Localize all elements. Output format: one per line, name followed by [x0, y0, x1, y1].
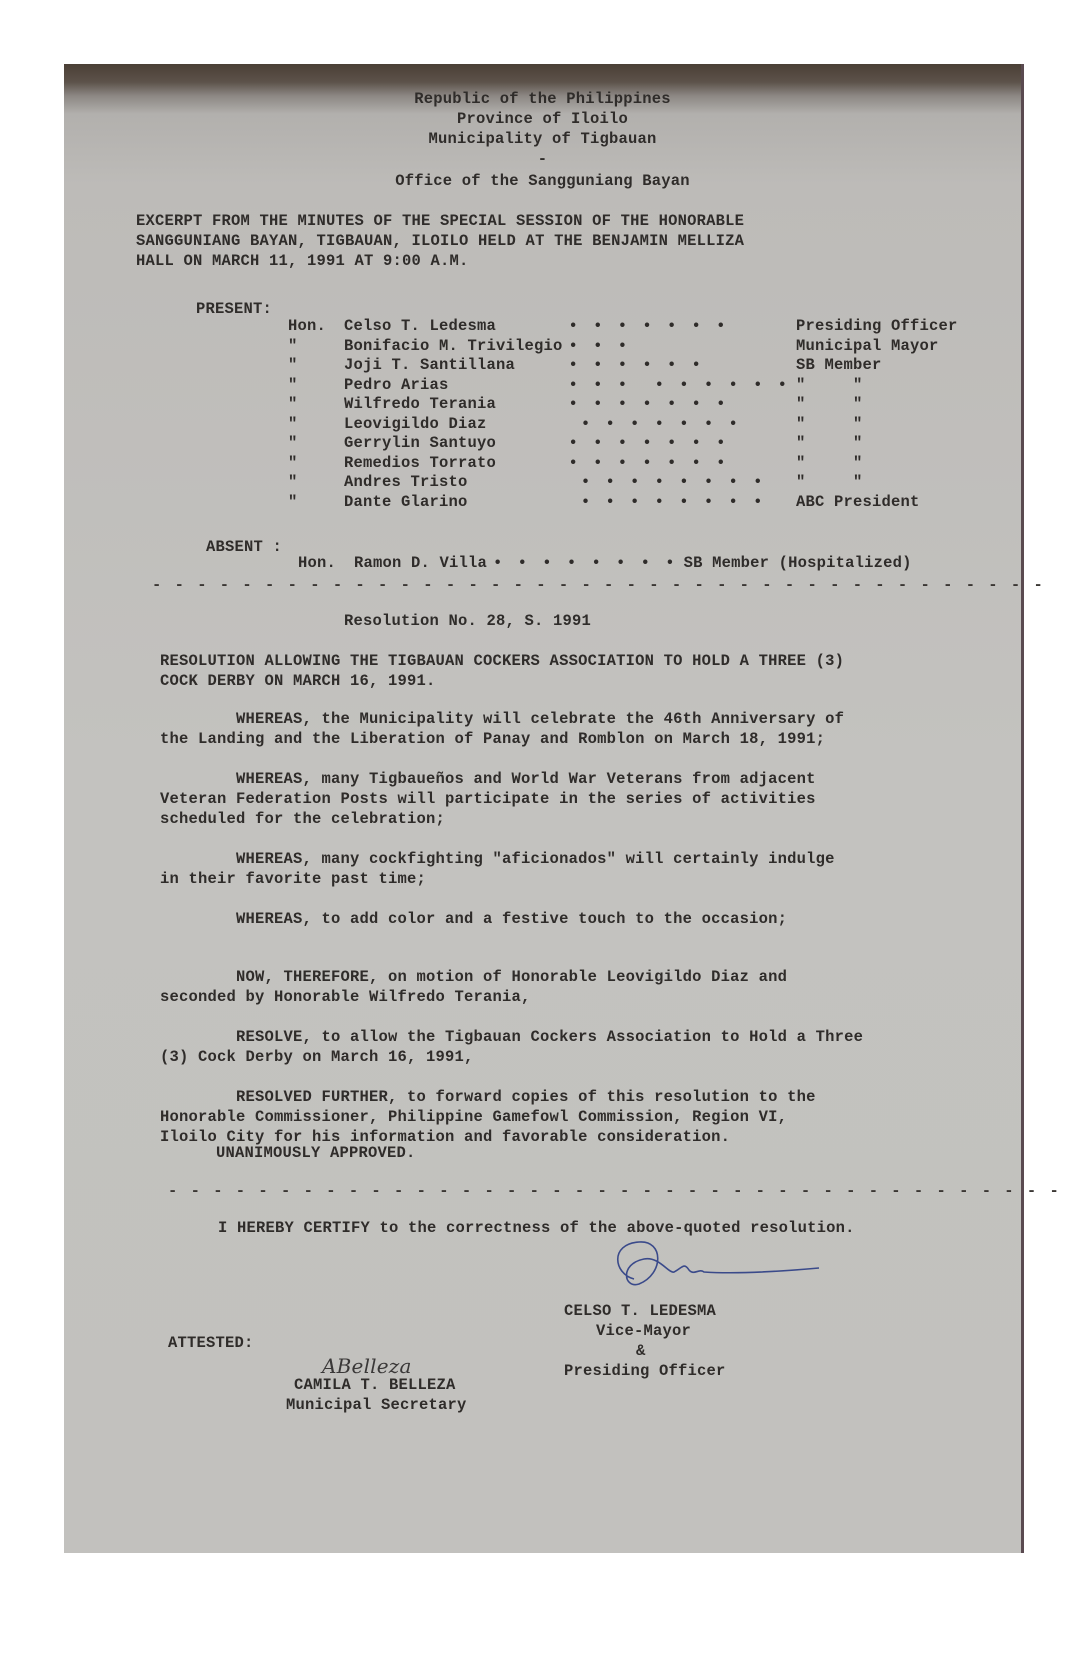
- attendee-name: Dante Glarino: [336, 493, 563, 513]
- attendee-row: "Dante Glarino • • • • • • • •ABC Presid…: [282, 493, 958, 513]
- leader-dots: • • • • • • •: [563, 415, 796, 435]
- attester-signature: ABelleza: [322, 1354, 412, 1378]
- attendee-name: Andres Tristo: [336, 473, 563, 493]
- leader-dots: • • • • • • •: [563, 454, 796, 474]
- excerpt-line-2: SANGGUNIANG BAYAN, TIGBAUAN, ILOILO HELD…: [136, 232, 744, 250]
- attendee-role: " ": [796, 376, 958, 396]
- attendee-name: Bonifacio M. Trivilegio: [336, 337, 563, 357]
- paragraph-line: Honorable Commissioner, Philippine Gamef…: [160, 1108, 787, 1126]
- attendee-name: Pedro Arias: [336, 376, 563, 396]
- present-list: Hon.Celso T. Ledesma• • • • • • •Presidi…: [282, 317, 958, 512]
- resolution-title-line-1: RESOLUTION ALLOWING THE TIGBAUAN COCKERS…: [160, 652, 844, 670]
- attendee-row: "Andres Tristo • • • • • • • •" ": [282, 473, 958, 493]
- absent-list: Hon.Ramon D. Villa• • • • • • • •SB Memb…: [292, 554, 912, 574]
- attendee-role: SB Member: [796, 356, 958, 376]
- leader-dots: • • • • • • •: [563, 317, 796, 337]
- paragraph-line: (3) Cock Derby on March 16, 1991,: [160, 1048, 474, 1066]
- leader-dots: • • • • • • • •: [487, 554, 684, 574]
- paragraph-line: RESOLVE, to allow the Tigbauan Cockers A…: [160, 1028, 863, 1046]
- document-photo: Republic of the Philippines Province of …: [64, 64, 1024, 1553]
- separator-line-1: - - - - - - - - - - - - - - - - - - - - …: [152, 576, 1045, 594]
- paragraph-line: in their favorite past time;: [160, 870, 426, 888]
- attendee-row: "Leovigildo Diaz • • • • • • •" ": [282, 415, 958, 435]
- resolution-number: Resolution No. 28, S. 1991: [344, 612, 591, 630]
- attendee-prefix: ": [282, 493, 336, 513]
- attendee-row: Hon.Ramon D. Villa• • • • • • • •SB Memb…: [292, 554, 912, 574]
- attendee-prefix: ": [282, 415, 336, 435]
- attendee-role: Municipal Mayor: [796, 337, 958, 357]
- paragraph-line: WHEREAS, to add color and a festive touc…: [160, 910, 787, 928]
- attendee-prefix: Hon.: [292, 554, 346, 574]
- leader-dots: • • • • • • •: [563, 434, 796, 454]
- attested-label: ATTESTED:: [168, 1334, 254, 1352]
- attendee-name: Gerrylin Santuyo: [336, 434, 563, 454]
- certifier-name: CELSO T. LEDESMA: [564, 1302, 716, 1320]
- attendee-name: Leovigildo Diaz: [336, 415, 563, 435]
- separator-line-2: - - - - - - - - - - - - - - - - - - - - …: [168, 1182, 1061, 1200]
- attendee-prefix: ": [282, 454, 336, 474]
- attendee-row: "Pedro Arias• • • • • • • • •" ": [282, 376, 958, 396]
- paragraph-line: seconded by Honorable Wilfredo Terania,: [160, 988, 531, 1006]
- excerpt-line-1: EXCERPT FROM THE MINUTES OF THE SPECIAL …: [136, 212, 744, 230]
- header-office: Office of the Sangguniang Bayan: [64, 172, 1021, 190]
- paragraph-line: WHEREAS, many cockfighting "aficionados"…: [160, 850, 835, 868]
- attendee-role: " ": [796, 473, 958, 493]
- paragraph-line: RESOLVED FURTHER, to forward copies of t…: [160, 1088, 816, 1106]
- attendee-prefix: Hon.: [282, 317, 336, 337]
- paragraph-line: Veteran Federation Posts will participat…: [160, 790, 816, 808]
- attendee-row: "Wilfredo Terania• • • • • • •" ": [282, 395, 958, 415]
- attendee-prefix: ": [282, 395, 336, 415]
- excerpt-line-3: HALL ON MARCH 11, 1991 AT 9:00 A.M.: [136, 252, 469, 270]
- paragraph-line: WHEREAS, the Municipality will celebrate…: [160, 710, 844, 728]
- attendee-row: Hon.Celso T. Ledesma• • • • • • •Presidi…: [282, 317, 958, 337]
- attendee-prefix: ": [282, 376, 336, 396]
- leader-dots: • • • • • • •: [563, 395, 796, 415]
- attendee-role: " ": [796, 434, 958, 454]
- certifier-signature-icon: [594, 1234, 824, 1304]
- attendee-role: " ": [796, 415, 958, 435]
- paragraph-line: WHEREAS, many Tigbaueños and World War V…: [160, 770, 816, 788]
- resolution-document: Republic of the Philippines Province of …: [64, 64, 1021, 1553]
- header-municipality: Municipality of Tigbauan: [64, 130, 1021, 148]
- leader-dots: • • • • • • • • •: [563, 376, 796, 396]
- header-province: Province of Iloilo: [64, 110, 1021, 128]
- leader-dots: • • • • • • • •: [563, 493, 796, 513]
- attendee-prefix: ": [282, 473, 336, 493]
- paragraph-line: the Landing and the Liberation of Panay …: [160, 730, 825, 748]
- attendee-row: "Joji T. Santillana• • • • • •SB Member: [282, 356, 958, 376]
- present-label: PRESENT:: [196, 300, 272, 318]
- attendee-name: Celso T. Ledesma: [336, 317, 563, 337]
- certifier-title-1: Vice-Mayor: [596, 1322, 691, 1340]
- resolution-title-line-2: COCK DERBY ON MARCH 16, 1991.: [160, 672, 436, 690]
- attendee-role: ABC President: [796, 493, 958, 513]
- attendee-role: " ": [796, 395, 958, 415]
- attester-title: Municipal Secretary: [286, 1396, 467, 1414]
- header-separator: -: [64, 150, 1021, 168]
- attendee-role: SB Member (Hospitalized): [684, 554, 912, 574]
- paragraph-line: NOW, THEREFORE, on motion of Honorable L…: [160, 968, 787, 986]
- leader-dots: • • • • • •: [563, 356, 796, 376]
- attendee-row: "Remedios Torrato• • • • • • •" ": [282, 454, 958, 474]
- attendee-prefix: ": [282, 434, 336, 454]
- certifier-title-2: &: [636, 1342, 646, 1360]
- attendee-name: Wilfredo Terania: [336, 395, 563, 415]
- leader-dots: • • •: [563, 337, 796, 357]
- header-republic: Republic of the Philippines: [64, 90, 1021, 108]
- attendee-prefix: ": [282, 337, 336, 357]
- certifier-title-3: Presiding Officer: [564, 1362, 726, 1380]
- attendee-prefix: ": [282, 356, 336, 376]
- attendee-row: "Gerrylin Santuyo• • • • • • •" ": [282, 434, 958, 454]
- attendee-name: Ramon D. Villa: [346, 554, 487, 574]
- approval-statement: UNANIMOUSLY APPROVED.: [216, 1144, 416, 1162]
- attester-name: CAMILA T. BELLEZA: [294, 1376, 456, 1394]
- attendee-role: Presiding Officer: [796, 317, 958, 337]
- attendee-name: Joji T. Santillana: [336, 356, 563, 376]
- attendee-role: " ": [796, 454, 958, 474]
- leader-dots: • • • • • • • •: [563, 473, 796, 493]
- absent-label: ABSENT :: [206, 538, 282, 556]
- paragraph-line: scheduled for the celebration;: [160, 810, 445, 828]
- attendee-name: Remedios Torrato: [336, 454, 563, 474]
- attendee-row: "Bonifacio M. Trivilegio• • •Municipal M…: [282, 337, 958, 357]
